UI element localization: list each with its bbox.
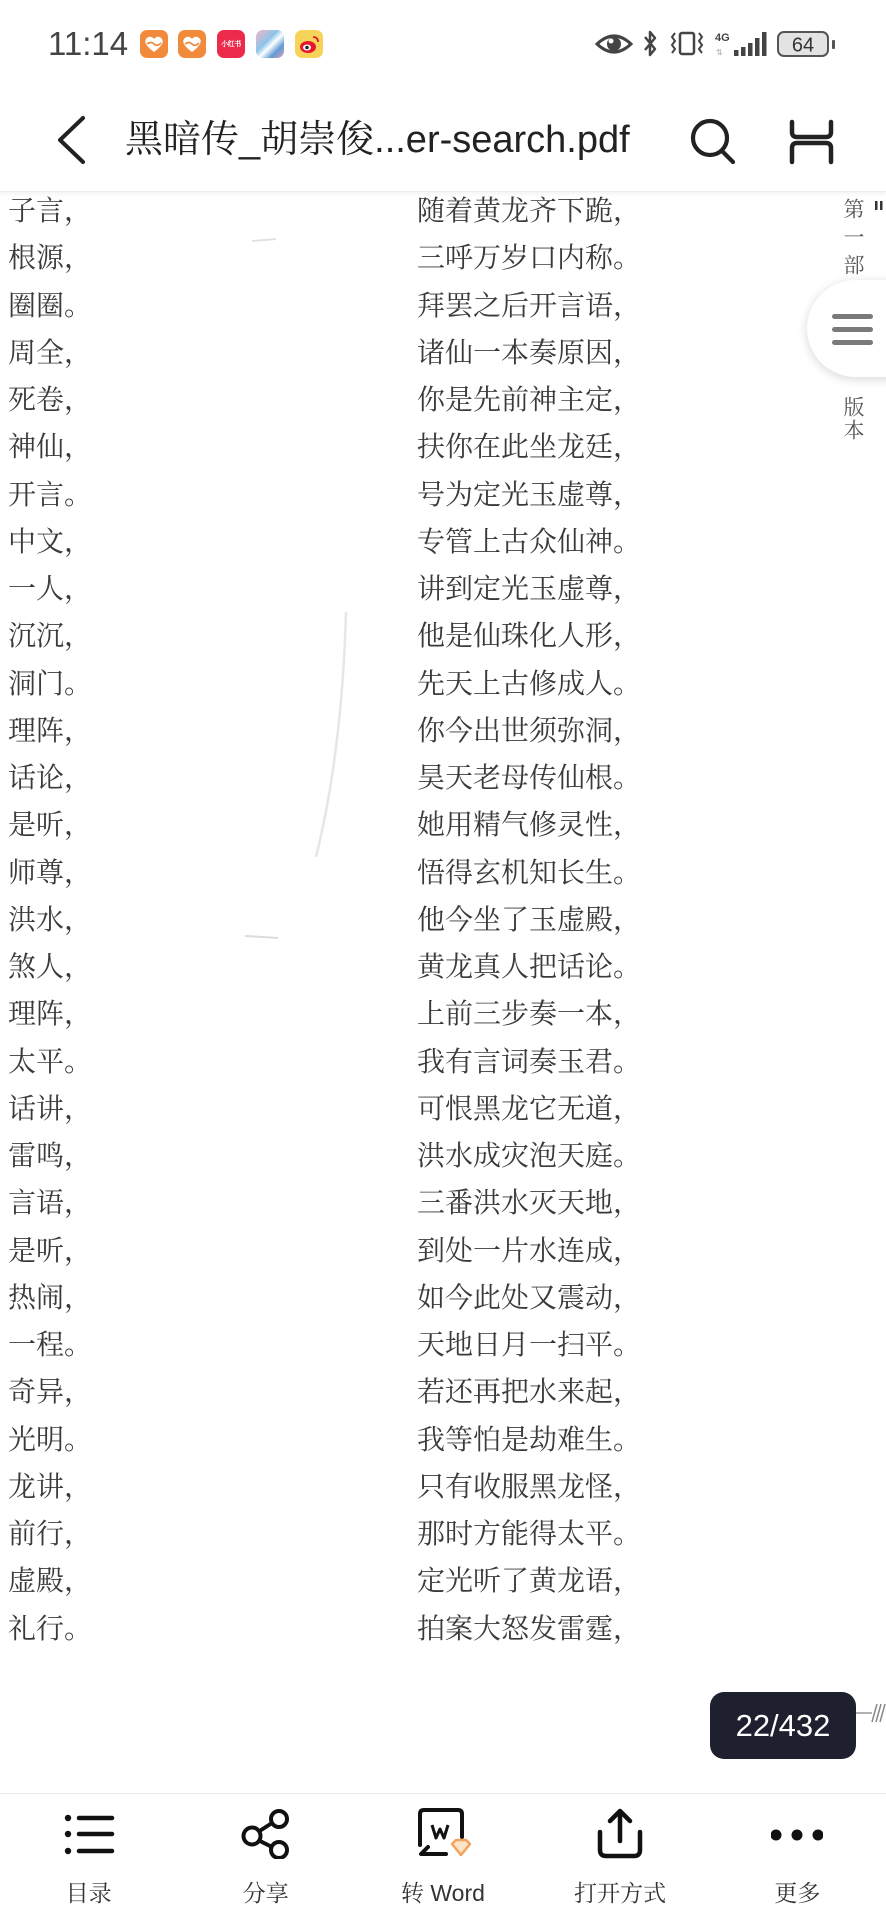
more-icon bbox=[771, 1807, 823, 1859]
text-line: 三呼万岁口内称。 bbox=[417, 234, 641, 281]
text-line: 太平。 bbox=[0, 1038, 92, 1085]
weibo-icon bbox=[295, 30, 323, 58]
menu-icon bbox=[832, 340, 873, 345]
text-line: 奇异， bbox=[0, 1368, 92, 1415]
clock: 11:14 bbox=[48, 25, 128, 63]
text-line: 根源， bbox=[0, 234, 92, 281]
text-line: 天地日月一扫平。 bbox=[417, 1321, 641, 1368]
bottom-toolbar: 目录 分享 转 Word 打开方式 更多 bbox=[0, 1793, 886, 1920]
left-text-column: 子言， 根源， 圈圈。 周全， 死卷， 神仙， 开言。 中文， 一人， 沉沉， … bbox=[0, 192, 92, 1652]
text-line: 悟得玄机知长生。 bbox=[417, 849, 641, 896]
text-line: 圈圈。 bbox=[0, 282, 92, 329]
signal-4g-icon: 4G ⇅ bbox=[715, 30, 767, 57]
text-line: 言语， bbox=[0, 1179, 92, 1226]
text-line: 他今坐了玉虚殿， bbox=[417, 896, 641, 943]
text-line: 我等怕是劫难生。 bbox=[417, 1416, 641, 1463]
text-line: 死卷， bbox=[0, 376, 92, 423]
running-header-vertical-bottom: 版本 bbox=[842, 396, 863, 442]
text-line: 专管上古众仙神。 bbox=[417, 518, 641, 565]
more-button[interactable]: 更多 bbox=[709, 1794, 886, 1920]
text-line: 煞人， bbox=[0, 943, 92, 990]
text-line: 随着黄龙齐下跪， bbox=[417, 192, 641, 234]
text-line: 拜罢之后开言语， bbox=[417, 282, 641, 329]
search-button[interactable] bbox=[688, 114, 740, 166]
open-with-button[interactable]: 打开方式 bbox=[532, 1794, 709, 1920]
svg-text:⇅: ⇅ bbox=[716, 48, 723, 57]
text-line: 若还再把水来起， bbox=[417, 1368, 641, 1415]
text-line: 雷鸣， bbox=[0, 1132, 92, 1179]
app-header: 黑暗传_胡崇俊...er-search.pdf bbox=[0, 80, 886, 192]
text-line: 神仙， bbox=[0, 423, 92, 470]
convert-word-icon bbox=[412, 1807, 474, 1859]
open-with-icon bbox=[594, 1807, 646, 1859]
text-line: 她用精气修灵性， bbox=[417, 801, 641, 848]
text-line: 定光听了黄龙语， bbox=[417, 1557, 641, 1604]
text-line: 那时方能得太平。 bbox=[417, 1510, 641, 1557]
text-line: 黄龙真人把话论。 bbox=[417, 943, 641, 990]
text-line: 子言， bbox=[0, 192, 92, 234]
text-line: 你今出世须弥洞， bbox=[417, 707, 641, 754]
text-line: 是听， bbox=[0, 801, 92, 848]
text-line: 热闹， bbox=[0, 1274, 92, 1321]
text-line: 拍案大怒发雷霆， bbox=[417, 1605, 641, 1652]
menu-icon bbox=[832, 314, 873, 319]
svg-text:4G: 4G bbox=[715, 32, 730, 44]
text-line: 理阵， bbox=[0, 990, 92, 1037]
expand-button[interactable] bbox=[786, 118, 838, 166]
text-line: 沉沉， bbox=[0, 612, 92, 659]
text-line: 只有收服黑龙怪， bbox=[417, 1463, 641, 1510]
text-line: 洪水， bbox=[0, 896, 92, 943]
text-line: 洪水成灾泡天庭。 bbox=[417, 1132, 641, 1179]
health-app-icon bbox=[140, 30, 168, 58]
back-button[interactable] bbox=[54, 114, 90, 166]
bluetooth-icon bbox=[642, 30, 658, 57]
text-line: 话讲， bbox=[0, 1085, 92, 1132]
text-line: 你是先前神主定， bbox=[417, 376, 641, 423]
convert-to-word-button[interactable]: 转 Word bbox=[354, 1794, 531, 1920]
text-line: 一人， bbox=[0, 565, 92, 612]
text-line: 洞门。 bbox=[0, 660, 92, 707]
text-line: 一程。 bbox=[0, 1321, 92, 1368]
svg-text:64: 64 bbox=[792, 35, 814, 57]
text-line: 理阵， bbox=[0, 707, 92, 754]
more-label: 更多 bbox=[709, 1878, 886, 1908]
running-header-vertical: 第一部 bbox=[842, 198, 863, 282]
text-line: 师尊， bbox=[0, 849, 92, 896]
pdf-page-viewer[interactable]: 子言， 根源， 圈圈。 周全， 死卷， 神仙， 开言。 中文， 一人， 沉沉， … bbox=[0, 192, 886, 1793]
toc-label: 目录 bbox=[0, 1878, 177, 1908]
text-line: 开言。 bbox=[0, 471, 92, 518]
xiaohongshu-icon: 小红书 bbox=[217, 30, 245, 58]
text-line: 中文， bbox=[0, 518, 92, 565]
quote-mark-decoration bbox=[874, 200, 884, 212]
text-line: 礼行。 bbox=[0, 1605, 92, 1652]
right-text-column: 随着黄龙齐下跪， 三呼万岁口内称。 拜罢之后开言语， 诸仙一本奏原因， 你是先前… bbox=[417, 192, 641, 1652]
anime-app-icon bbox=[256, 30, 284, 58]
vibrate-icon bbox=[670, 30, 704, 57]
share-button[interactable]: 分享 bbox=[177, 1794, 354, 1920]
toc-button[interactable]: 目录 bbox=[0, 1794, 177, 1920]
text-line: 是听， bbox=[0, 1227, 92, 1274]
document-title: 黑暗传_胡崇俊...er-search.pdf bbox=[125, 117, 630, 163]
text-line: 前行， bbox=[0, 1510, 92, 1557]
status-bar: 11:14 小红书 4G ⇅ 64 bbox=[0, 0, 886, 80]
share-icon bbox=[240, 1807, 292, 1859]
text-line: 话论， bbox=[0, 754, 92, 801]
text-line: 龙讲， bbox=[0, 1463, 92, 1510]
page-edge-mark bbox=[856, 1700, 886, 1726]
page-indicator[interactable]: 22/432 bbox=[710, 1692, 856, 1759]
text-line: 如今此处又震动， bbox=[417, 1274, 641, 1321]
open-with-label: 打开方式 bbox=[532, 1878, 709, 1908]
text-line: 他是仙珠化人形， bbox=[417, 612, 641, 659]
text-line: 周全， bbox=[0, 329, 92, 376]
text-line: 诸仙一本奏原因， bbox=[417, 329, 641, 376]
text-line: 昊天老母传仙根。 bbox=[417, 754, 641, 801]
text-line: 讲到定光玉虚尊， bbox=[417, 565, 641, 612]
convert-word-label: 转 Word bbox=[354, 1878, 531, 1908]
text-line: 光明。 bbox=[0, 1416, 92, 1463]
list-icon bbox=[63, 1807, 115, 1859]
text-line: 可恨黑龙它无道， bbox=[417, 1085, 641, 1132]
share-label: 分享 bbox=[177, 1878, 354, 1908]
text-line: 三番洪水灭天地， bbox=[417, 1179, 641, 1226]
text-line: 我有言词奏玉君。 bbox=[417, 1038, 641, 1085]
eye-comfort-icon bbox=[595, 31, 633, 57]
text-line: 虚殿， bbox=[0, 1557, 92, 1604]
menu-icon bbox=[832, 327, 873, 332]
text-line: 扶你在此坐龙廷， bbox=[417, 423, 641, 470]
text-line: 号为定光玉虚尊， bbox=[417, 471, 641, 518]
health-app-icon bbox=[178, 30, 206, 58]
text-line: 上前三步奏一本， bbox=[417, 990, 641, 1037]
text-line: 先天上古修成人。 bbox=[417, 660, 641, 707]
text-line: 到处一片水连成， bbox=[417, 1227, 641, 1274]
battery-icon: 64 bbox=[777, 29, 837, 59]
